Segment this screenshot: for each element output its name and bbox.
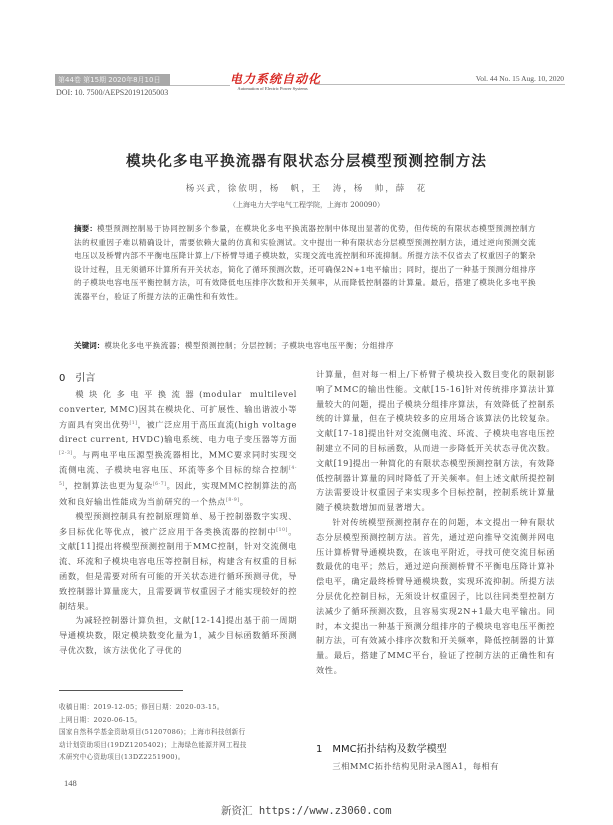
affiliation: （上海电力大学电气工程学院，上海市 200090） [0, 200, 613, 210]
paragraph: 计算量，但对每一相上/下桥臂子模块投入数目变化的限制影响了MMC的输出性能。文献… [316, 367, 555, 515]
section-heading-intro: 0 引言 [59, 369, 95, 384]
left-column: 模块化多电平换流器(modular multilevel converter, … [59, 387, 297, 658]
abstract-text: 模型预测控制易于协同控制多个参量，在模块化多电平换流器控制中体现出显著的优势，但… [74, 224, 536, 301]
footnote-funding: 国家自然科学基金资助项目(51207086)；上海市科技创新行 [59, 726, 297, 739]
keywords-text: 模块化多电平换流器；模型预测控制；分层控制；子模块电容电压平衡；分组排序 [104, 341, 394, 350]
footnotes: 收稿日期：2019-12-05；修回日期：2020-03-15。 上网日期：20… [59, 701, 297, 764]
header-divider [315, 84, 565, 85]
section-text: 三相MMC拓扑结构见附录A图A1，每相有 [316, 759, 555, 774]
paper-title: 模块化多电平换流器有限状态分层模型预测控制方法 [0, 150, 613, 171]
section-heading-mmc: 1 MMC拓扑结构及数学模型 [316, 740, 447, 755]
citation: [10] [276, 528, 288, 533]
citation: [2-3] [59, 451, 73, 456]
author-list: 杨兴武，徐依明，杨 帆，王 涛，杨 帅，薛 花 [0, 182, 613, 194]
footnote-received: 收稿日期：2019-12-05；修回日期：2020-03-15。 [59, 701, 297, 714]
journal-logo-cn: 电力系统自动化 [230, 70, 315, 87]
footnote-funding: 术研究中心资助项目(13DZ2251900)。 [59, 751, 297, 764]
footnote-online: 上网日期：2020-06-15。 [59, 714, 297, 727]
right-column: 计算量，但对每一相上/下桥臂子模块投入数目变化的限制影响了MMC的输出性能。文献… [316, 367, 555, 678]
journal-name-en: Automation of Electric Power Systems [220, 86, 325, 91]
citation: [6-7] [153, 482, 167, 487]
footnote-funding: 动计划资助项目(19DZ1205402)；上海绿色能源并网工程技 [59, 739, 297, 752]
keywords-label: 关键词： [74, 341, 104, 350]
footnote-divider [59, 690, 183, 691]
page-number: 148 [64, 778, 77, 788]
citation: [1] [129, 421, 137, 426]
abstract: 摘要：模型预测控制易于协同控制多个参量，在模块化多电平换流器控制中体现出显著的优… [74, 222, 536, 304]
paragraph: 模型预测控制具有控制原理简单、易于控制器数字实现、多目标优化等优点，被广泛应用于… [59, 509, 297, 613]
abstract-label: 摘要： [74, 224, 97, 233]
doi: DOI: 10. 7500/AEPS20191205003 [56, 88, 168, 97]
watermark-link[interactable]: 新资汇 https://www.z3060.com [221, 803, 392, 818]
issue-badge: 第44卷 第15期 2020年8月10日 [55, 74, 170, 86]
paragraph: 针对传统模型预测控制存在的问题，本文提出一种有限状态分层模型预测控制方法。首先，… [316, 515, 555, 678]
citation: [8-9] [226, 498, 240, 503]
keywords: 关键词：模块化多电平换流器；模型预测控制；分层控制；子模块电容电压平衡；分组排序 [74, 340, 536, 351]
paragraph: 模块化多电平换流器(modular multilevel converter, … [59, 387, 297, 509]
volume-info: Vol. 44 No. 15 Aug. 10, 2020 [380, 74, 564, 83]
paragraph: 为减轻控制器计算负担，文献[12-14]提出基于前一周期导通模块数，限定模块数变… [59, 613, 297, 657]
